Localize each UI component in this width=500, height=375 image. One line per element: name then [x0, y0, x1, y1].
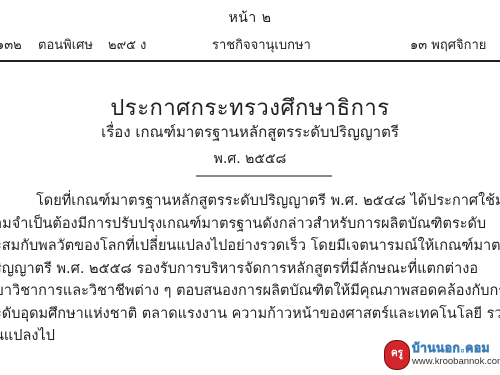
body-line: ริญญาตรี พ.ศ. ๒๕๕๘ รองรับการบริหารจัดการ…	[0, 258, 500, 281]
document-subject: เรื่อง เกณฑ์มาตรฐานหลักสูตรระดับปริญญาตร…	[0, 120, 500, 144]
body-line: ขาวิชาการและวิชาชีพต่าง ๆ ตอบสนองการผลิต…	[0, 280, 500, 303]
document-year: พ.ศ. ๒๕๕๘	[0, 148, 500, 170]
journal-name: ราชกิจจานุเบกษา	[212, 34, 311, 55]
watermark-url: www.kroobannok.com	[412, 356, 500, 367]
page-number: หน้า ๒	[0, 7, 500, 29]
body-line: โดยที่เกณฑ์มาตรฐานหลักสูตรระดับปริญญาตรี…	[0, 190, 500, 213]
section-label: ตอนพิเศษ	[38, 34, 93, 55]
body-line: ะสมกับพลวัตของโลกที่เปลี่ยนแปลงไปอย่างรว…	[0, 235, 500, 258]
gazette-page: หน้า ๒ ๑๓๒ ตอนพิเศษ ๒๙๕ ง ราชกิจจานุเบกษ…	[0, 0, 500, 375]
gazette-header: ๑๓๒ ตอนพิเศษ ๒๙๕ ง ราชกิจจานุเบกษา ๑๓ พฤ…	[0, 34, 500, 54]
header-divider	[0, 60, 500, 62]
body-line: ะดับอุดมศึกษาแห่งชาติ ตลาดแรงงาน ความก้า…	[0, 303, 500, 326]
site-watermark: ครู บ้านนอก.คอม www.kroobannok.com	[382, 339, 500, 371]
title-divider	[196, 175, 332, 177]
issue-number: ๒๙๕ ง	[108, 34, 146, 55]
logo-badge-icon: ครู	[384, 340, 410, 370]
document-body: โดยที่เกณฑ์มาตรฐานหลักสูตรระดับปริญญาตรี…	[0, 190, 500, 348]
volume-number: ๑๓๒	[0, 34, 22, 55]
publication-date: ๑๓ พฤศจิกาย	[410, 34, 486, 55]
body-line: ามจำเป็นต้องมีการปรับปรุงเกณฑ์มาตรฐานดัง…	[0, 213, 500, 236]
